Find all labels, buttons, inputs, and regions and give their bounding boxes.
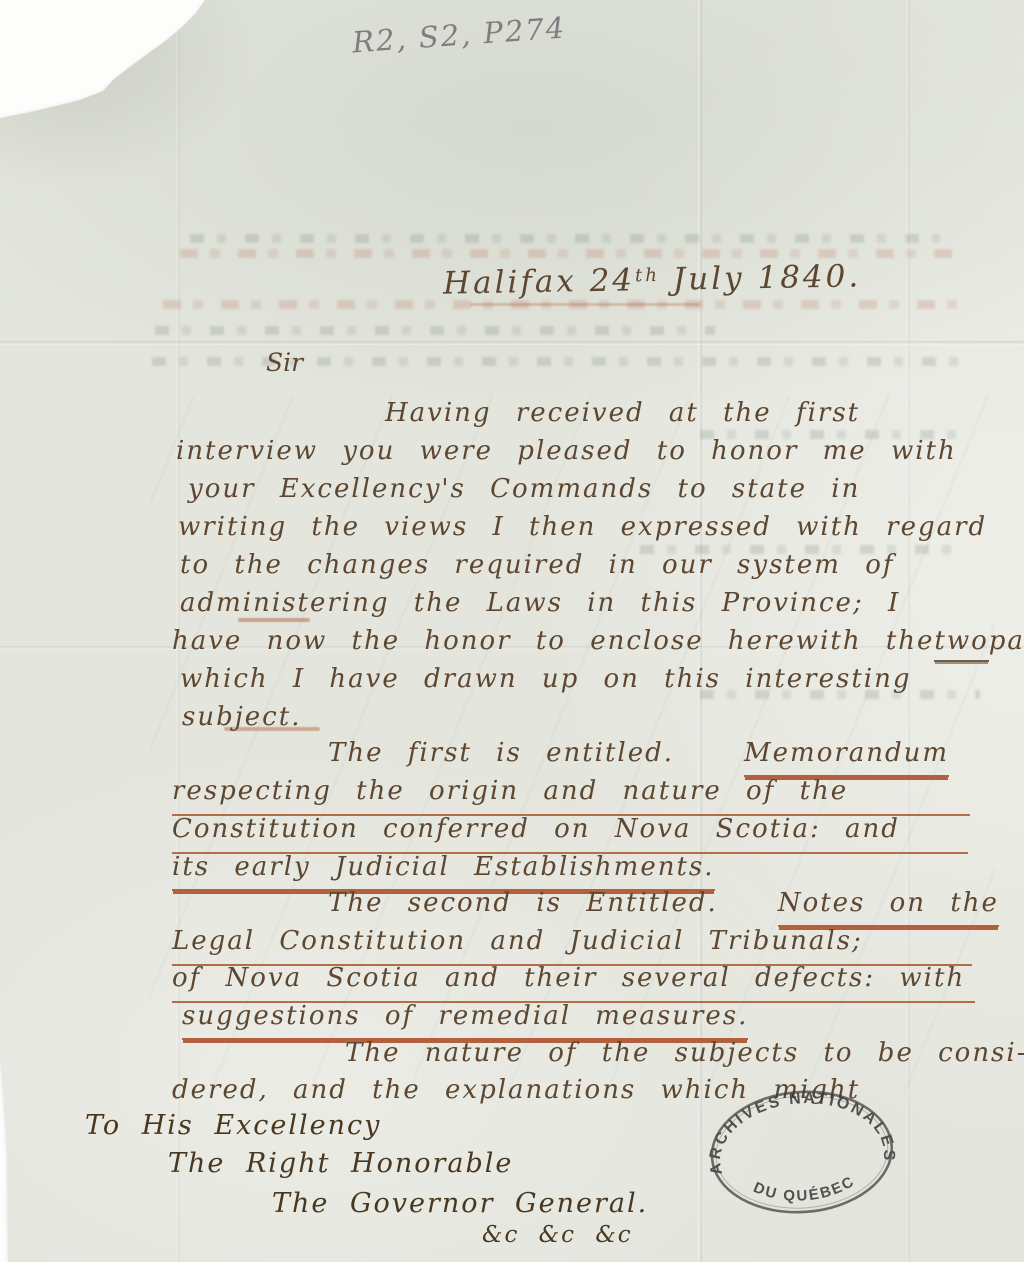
letter-line: its early Judicial Establishments. bbox=[172, 850, 715, 891]
letter-line: The second is Entitled.Notes on the bbox=[328, 886, 999, 927]
letter-text: The first is entitled. bbox=[328, 736, 674, 770]
letter-line: Constitution conferred on Nova Scotia: a… bbox=[172, 812, 968, 846]
dateline: Halifax 24th July 1840. bbox=[443, 258, 862, 301]
letter-text: Having received at the first bbox=[385, 396, 860, 430]
dateline-month-year: July 1840. bbox=[660, 258, 862, 298]
bleedthrough-line bbox=[180, 249, 960, 258]
letter-line: writing the views I then expressed with … bbox=[178, 510, 987, 544]
archives-stamp: ARCHIVES NATIONALES DU QUÉBEC bbox=[699, 1079, 904, 1228]
letter-line: Having received at the first bbox=[385, 396, 860, 430]
bleedthrough-line bbox=[155, 326, 715, 335]
letter-text: Notes on the bbox=[778, 886, 999, 927]
ink-smudge bbox=[470, 303, 700, 306]
letter-text: Legal Constitution and Judicial Tribunal… bbox=[172, 924, 863, 958]
letter-text: have now the honor to enclose herewith t… bbox=[172, 624, 934, 658]
letter-text: The second is Entitled. bbox=[328, 886, 718, 920]
letter-text: to the changes required in our system of bbox=[180, 548, 894, 582]
letter-text: interview you were pleased to honor me w… bbox=[176, 434, 957, 468]
scanned-letter-page: R2, S2, P274 Halifax 24th July 1840. Sir… bbox=[0, 0, 1024, 1262]
archival-note: R2, S2, P274 bbox=[351, 11, 567, 60]
paper-shadow: R2, S2, P274 Halifax 24th July 1840. Sir… bbox=[0, 0, 1024, 1262]
salutation: Sir bbox=[266, 348, 303, 377]
letter-text: writing the views I then expressed with … bbox=[178, 510, 987, 544]
letter-line: interview you were pleased to honor me w… bbox=[176, 434, 957, 468]
fold-crease bbox=[0, 341, 1024, 345]
address-line-honorable: The Right Honorable bbox=[168, 1148, 513, 1179]
letter-line: of Nova Scotia and their several defects… bbox=[172, 961, 975, 995]
letter-line: subject. bbox=[182, 700, 301, 734]
letter-text: respecting the origin and nature of the bbox=[172, 774, 848, 808]
letter-text: its early Judicial Establishments. bbox=[172, 850, 715, 891]
letter-paper: R2, S2, P274 Halifax 24th July 1840. Sir… bbox=[0, 0, 1024, 1262]
letter-line: your Excellency's Commands to state in bbox=[188, 472, 860, 506]
letter-text: subject. bbox=[182, 700, 301, 734]
dateline-ordinal: th bbox=[635, 265, 660, 286]
letter-text: The nature of the subjects to be consi- bbox=[345, 1036, 1024, 1070]
letter-line: administering the Laws in this Province;… bbox=[180, 586, 900, 620]
letter-text: suggestions of remedial measures. bbox=[182, 999, 748, 1040]
letter-text: two bbox=[934, 624, 988, 662]
letter-text: Memorandum bbox=[744, 736, 949, 777]
bleedthrough-line bbox=[190, 234, 940, 243]
dateline-place-day: Halifax 24 bbox=[443, 262, 636, 301]
letter-text: administering the Laws in this Province;… bbox=[180, 586, 900, 620]
letter-line: to the changes required in our system of bbox=[180, 548, 894, 582]
letter-line: The first is entitled.Memorandum bbox=[328, 736, 949, 777]
address-line-etcetera: &c &c &c bbox=[482, 1222, 633, 1248]
torn-corner-shading bbox=[0, 0, 280, 210]
letter-line: The nature of the subjects to be consi- bbox=[345, 1036, 1024, 1070]
letter-line: which I have drawn up on this interestin… bbox=[180, 662, 911, 696]
address-line-excellency: To His Excellency bbox=[85, 1110, 381, 1141]
letter-line: have now the honor to enclose herewith t… bbox=[172, 624, 1024, 662]
letter-text: your Excellency's Commands to state in bbox=[188, 472, 860, 506]
letter-text: papers bbox=[989, 624, 1024, 658]
letter-text: which I have drawn up on this interestin… bbox=[180, 662, 911, 696]
letter-text: of Nova Scotia and their several defects… bbox=[172, 961, 965, 995]
letter-line: respecting the origin and nature of the bbox=[172, 774, 970, 808]
stamp-text-top: ARCHIVES NATIONALES bbox=[702, 1084, 898, 1177]
letter-line: suggestions of remedial measures. bbox=[182, 999, 748, 1040]
letter-text: Constitution conferred on Nova Scotia: a… bbox=[172, 812, 900, 846]
address-line-governor-general: The Governor General. bbox=[272, 1188, 648, 1219]
letter-line: Legal Constitution and Judicial Tribunal… bbox=[172, 924, 972, 958]
